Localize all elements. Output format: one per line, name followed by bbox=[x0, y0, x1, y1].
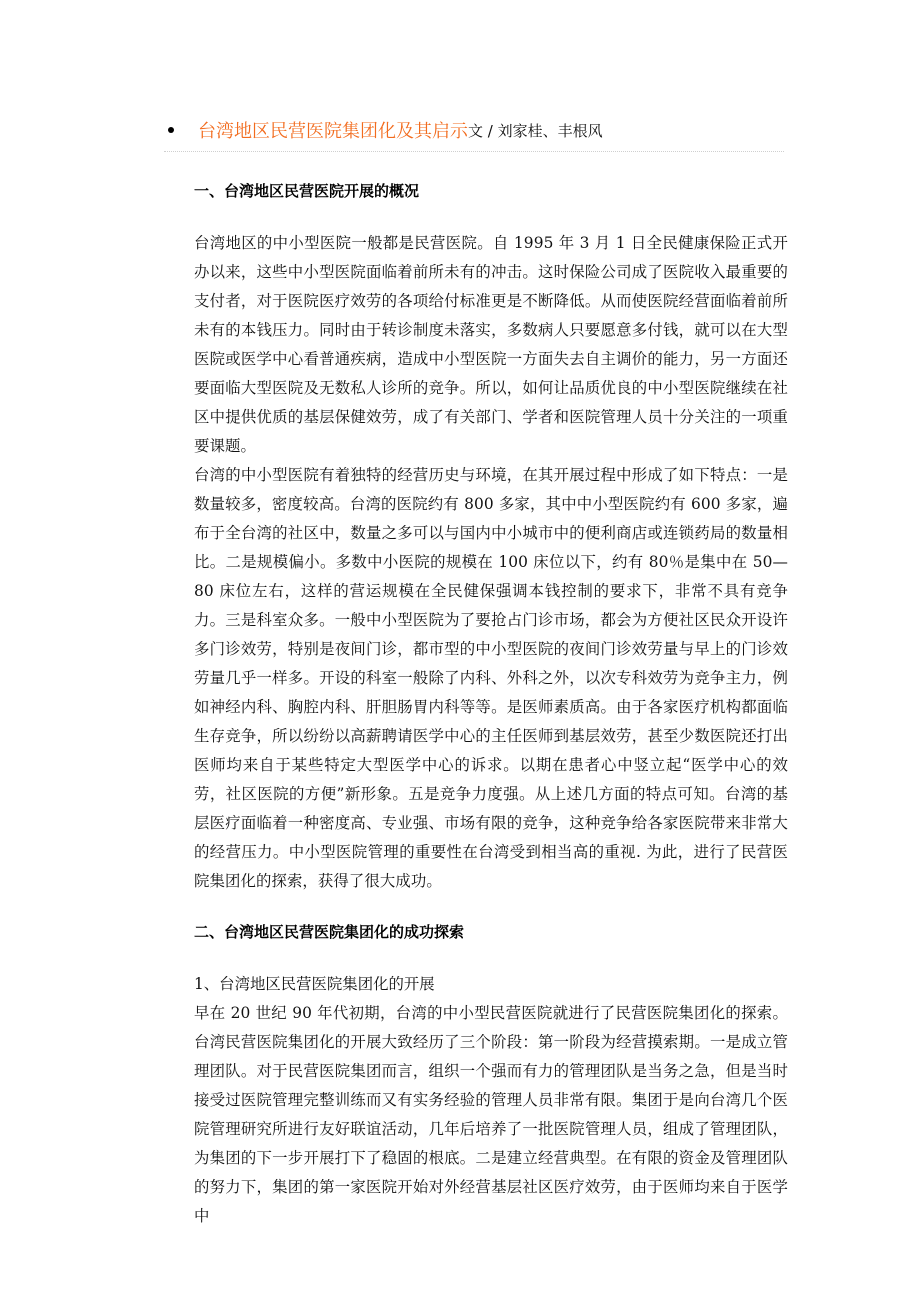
section-heading-2: 二、台湾地区民营医院集团化的成功探索 bbox=[194, 918, 788, 946]
subsection-heading-2-1: 1、台湾地区民营医院集团化的开展 bbox=[194, 970, 788, 999]
section-heading-1: 一、台湾地区民营医院开展的概况 bbox=[194, 177, 788, 205]
article-title-link[interactable]: 台湾地区民营医院集团化及其启示 bbox=[198, 117, 468, 143]
section-2-paragraph-1: 早在 20 世纪 90 年代初期，台湾的中小型民营医院就进行了民营医院集团化的探… bbox=[194, 999, 788, 1231]
document-page: 台湾地区民营医院集团化及其启示 文 / 刘家桂、丰根风 一、台湾地区民营医院开展… bbox=[0, 0, 920, 1302]
article-byline: 文 / 刘家桂、丰根风 bbox=[468, 120, 603, 141]
section-1-paragraph-1: 台湾地区的中小型医院一般都是民营医院。自 1995 年 3 月 1 日全民健康保… bbox=[194, 229, 788, 461]
article-body: 一、台湾地区民营医院开展的概况 台湾地区的中小型医院一般都是民营医院。自 199… bbox=[194, 177, 788, 1231]
section-1-paragraph-2: 台湾的中小型医院有着独特的经营历史与环境，在其开展过程中形成了如下特点：一是数量… bbox=[194, 461, 788, 896]
article-title-row: 台湾地区民营医院集团化及其启示 文 / 刘家桂、丰根风 bbox=[168, 116, 603, 144]
bullet-icon bbox=[168, 127, 174, 133]
dotted-separator bbox=[164, 151, 784, 152]
